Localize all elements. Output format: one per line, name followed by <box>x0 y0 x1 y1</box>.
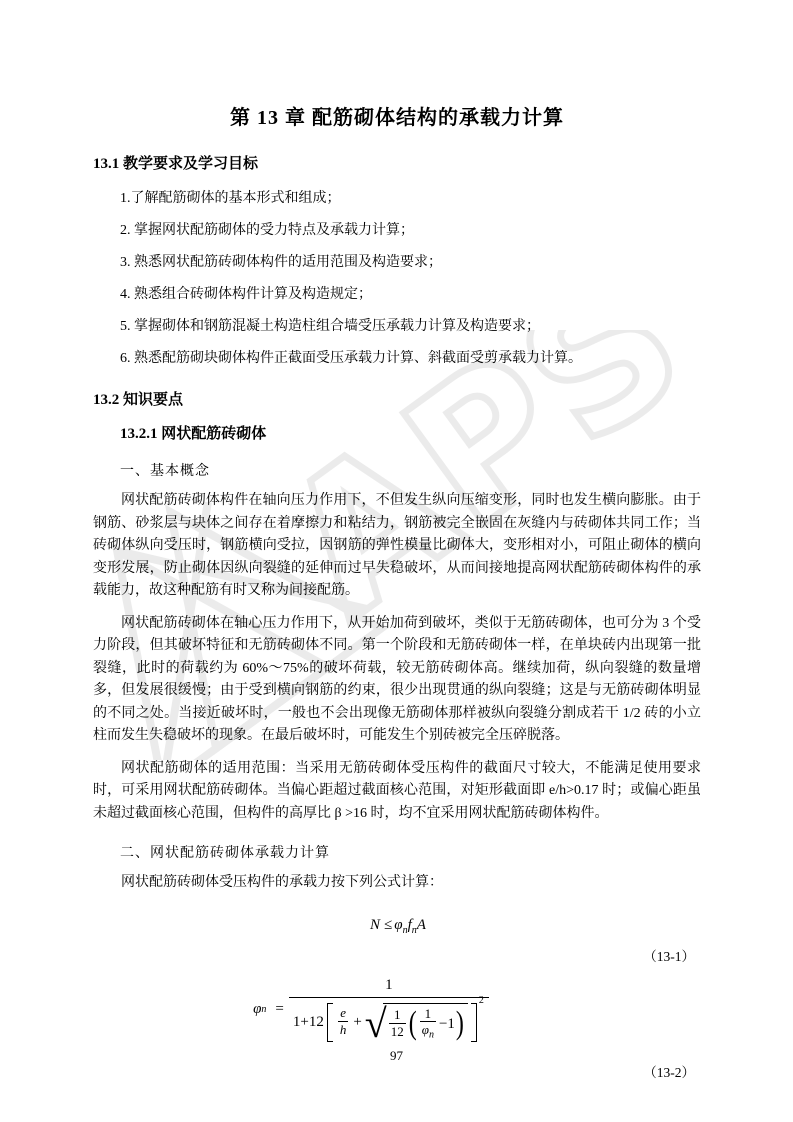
page-content: 第 13 章 配筋砌体结构的承载力计算 13.1 教学要求及学习目标 1.了解配… <box>93 0 701 1077</box>
subhead-capacity-calculation: 二、网状配筋砖砌体承载力计算 <box>93 842 701 862</box>
radical-sign: √ <box>365 1008 387 1040</box>
eq2-in-den: φn <box>420 1021 436 1041</box>
eq2-e: e <box>338 1006 348 1021</box>
left-paren: ( <box>408 1008 418 1040</box>
eq2-in-num: 1 <box>423 1007 434 1022</box>
eq1-phi: φ <box>394 917 402 933</box>
objective-item-6: 6. 熟悉配筋砌块砌体构件正截面受压承载力计算、斜截面受剪承载力计算。 <box>93 351 701 366</box>
objective-item-4: 4. 熟悉组合砖砌体构件计算及构造规定； <box>93 287 701 302</box>
eq2-lhs: φn <box>253 1001 266 1018</box>
eq2-h: h <box>338 1021 349 1038</box>
subsection-heading-13-2-1: 13.2.1 网状配筋砖砌体 <box>93 422 701 443</box>
eq2-one-twelfth: 1 12 <box>389 1008 406 1040</box>
right-bracket <box>471 1003 477 1042</box>
eq2-radicand: 1 12 ( 1 φn −1 ) <box>383 1003 468 1042</box>
paragraph-3: 网状配筋砌体的适用范围：当采用无筋砖砌体受压构件的截面尺寸较大，不能满足使用要求… <box>93 758 701 826</box>
equation-13-1-tag: （13-1） <box>643 945 695 965</box>
eq1-A: A <box>417 917 426 933</box>
eq2-numerator: 1 <box>381 977 397 997</box>
equation-13-2-formula: φn = 1 1+12 e h + √ <box>253 977 489 1042</box>
eq2-plus: + <box>350 1014 364 1031</box>
section-heading-13-1: 13.1 教学要求及学习目标 <box>93 152 701 173</box>
eq2-in-phi-sub: n <box>429 1030 434 1041</box>
subhead-basic-concepts: 一、基本概念 <box>93 460 701 480</box>
eq2-inverse-phi-fraction: 1 φn <box>420 1007 436 1042</box>
eq2-tw-den: 12 <box>389 1023 406 1040</box>
chapter-title: 第 13 章 配筋砌体结构的承载力计算 <box>93 101 701 130</box>
eq2-tw-num: 1 <box>392 1008 403 1023</box>
objective-item-5: 5. 掌握砌体和钢筋混凝土构造柱组合墙受压承载力计算及构造要求； <box>93 319 701 334</box>
objective-item-3: 3. 熟悉网状配筋砖砌体构件的适用范围及构造要求； <box>93 255 701 270</box>
eq2-eh-fraction: e h <box>338 1006 349 1038</box>
paragraph-2: 网状配筋砖砌体在轴心压力作用下，从开始加荷到破坏，类似于无筋砖砌体，也可分为 3… <box>93 613 701 748</box>
right-paren: ) <box>455 1008 465 1040</box>
eq2-denominator: 1+12 e h + √ 1 12 <box>289 997 489 1042</box>
equation-13-1-formula: N≤φnfnA <box>368 917 426 933</box>
eq1-N: N <box>368 917 382 933</box>
page-number: 97 <box>0 1048 793 1064</box>
eq2-phi-sub: n <box>261 1004 266 1015</box>
eq2-exponent: 2 <box>479 995 484 1006</box>
paragraph-1: 网状配筋砖砌体构件在轴向压力作用下，不但发生纵向压缩变形，同时也发生横向膨胀。由… <box>93 490 701 603</box>
eq1-le: ≤ <box>382 917 394 933</box>
eq2-in-phi: φ <box>422 1022 429 1037</box>
eq2-radical: √ 1 12 ( 1 φn <box>365 1003 468 1042</box>
eq2-minus-one: −1 <box>438 1016 455 1033</box>
paragraph-4: 网状配筋砖砌体受压构件的承载力按下列公式计算： <box>93 872 701 895</box>
eq2-main-fraction: 1 1+12 e h + √ 1 <box>289 977 489 1042</box>
objective-item-2: 2. 掌握网状配筋砌体的受力特点及承载力计算； <box>93 223 701 238</box>
objective-item-1: 1.了解配筋砌体的基本形式和组成； <box>93 191 701 206</box>
section-heading-13-2: 13.2 知识要点 <box>93 388 701 409</box>
eq2-phi: φ <box>253 1001 261 1018</box>
objectives-list: 1.了解配筋砌体的基本形式和组成； 2. 掌握网状配筋砌体的受力特点及承载力计算… <box>93 191 701 366</box>
equation-13-1: N≤φnfnA （13-1） <box>93 917 701 943</box>
left-bracket <box>327 1003 333 1042</box>
eq2-prefix: 1+12 <box>293 1014 324 1031</box>
eq2-equals: = <box>270 1001 288 1018</box>
document-page: APS 第 13 章 配筋砌体结构的承载力计算 13.1 教学要求及学习目标 1… <box>0 0 793 1122</box>
